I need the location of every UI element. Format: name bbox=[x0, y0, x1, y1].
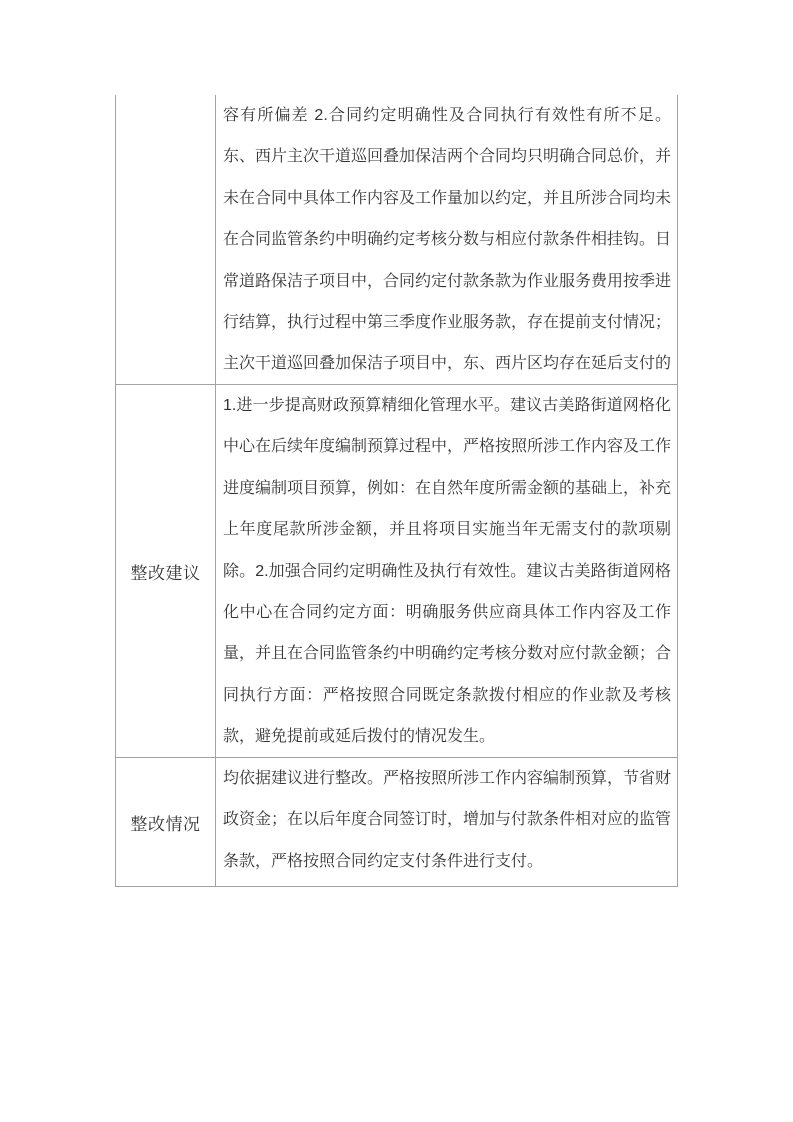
row2-label-rectification-suggestion: 整改建议 bbox=[116, 385, 216, 758]
row1-label-cell-empty bbox=[116, 95, 216, 385]
rectification-table: 容有所偏差 2.合同约定明确性及合同执行有效性有所不足。东、西片主次干道巡回叠加… bbox=[115, 95, 678, 887]
row3-rectification-status-text: 均依据建议进行整改。严格按照所涉工作内容编制预算，节省财政资金；在以后年度合同签… bbox=[216, 758, 677, 887]
row2-rectification-suggestion-text: 1.进一步提高财政预算精细化管理水平。建议古美路街道网格化中心在后续年度编制预算… bbox=[216, 385, 677, 758]
row1-findings-continued-text: 容有所偏差 2.合同约定明确性及合同执行有效性有所不足。东、西片主次干道巡回叠加… bbox=[216, 95, 677, 385]
row3-label-rectification-status: 整改情况 bbox=[116, 758, 216, 887]
